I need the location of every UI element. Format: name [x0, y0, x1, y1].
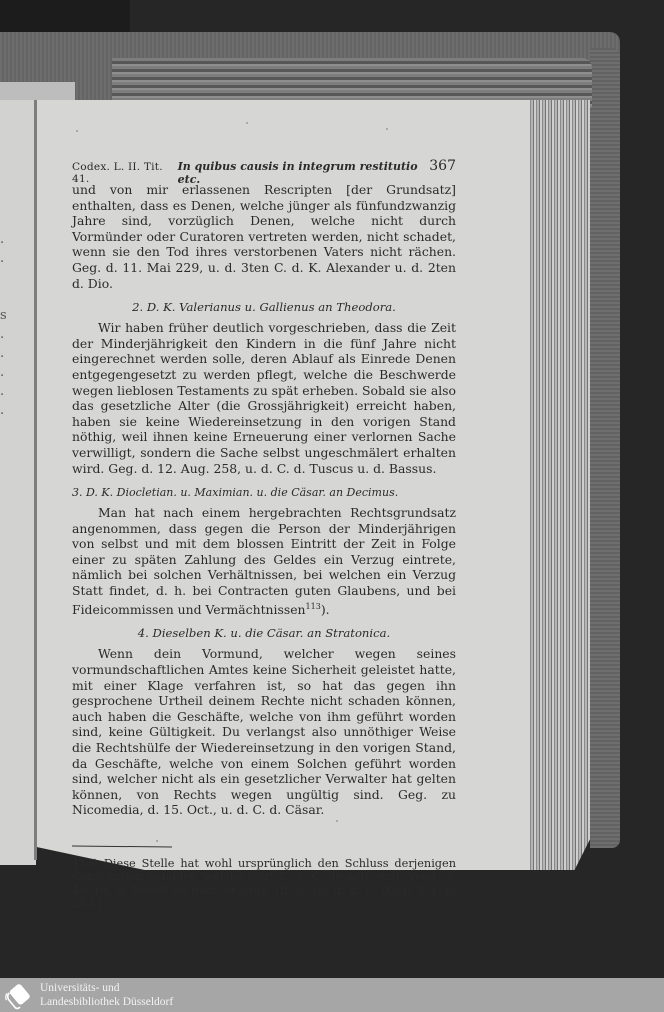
- running-header: Codex. L. II. Tit. 41. In quibus causis …: [72, 158, 456, 174]
- footnote-divider: [72, 845, 172, 847]
- paper-speck: [76, 130, 78, 132]
- book-cover-right-edge: [590, 48, 620, 848]
- paragraph-continued: und von mir erlassenen Rescripten [der G…: [72, 182, 456, 291]
- left-page: [0, 100, 36, 865]
- library-book-icon: [4, 980, 34, 1010]
- library-name-line1: Universitäts- und: [40, 981, 173, 995]
- fragment: s: [0, 306, 8, 325]
- footnote-number: 113): [72, 857, 98, 870]
- book-gutter: [34, 100, 37, 860]
- library-name-line2: Landesbibliothek Düsseldorf: [40, 995, 173, 1009]
- paragraph-section-4: Wenn dein Vormund, welcher wegen seines …: [72, 646, 456, 818]
- page-content: Codex. L. II. Tit. 41. In quibus causis …: [72, 158, 456, 910]
- paragraph-section-3: Man hat nach einem hergebrachten Rechtsg…: [72, 505, 456, 617]
- fragment: .: [0, 325, 8, 344]
- fragment: .: [0, 382, 8, 401]
- fragment: .: [0, 344, 8, 363]
- library-name: Universitäts- und Landesbibliothek Düsse…: [40, 981, 173, 1009]
- fragment: .: [0, 363, 8, 382]
- left-page-top-stub: [0, 82, 75, 100]
- footnote-reference[interactable]: 113: [306, 602, 321, 611]
- section-heading-2: 2. D. K. Valerianus u. Gallienus an Theo…: [72, 300, 456, 315]
- footnote-text: Diese Stelle hat wohl ursprünglich den S…: [72, 857, 456, 910]
- paper-speck: [386, 128, 388, 130]
- fragment: .: [0, 401, 8, 420]
- paragraph-end: ).: [321, 602, 330, 617]
- page-fore-edge: [528, 100, 590, 870]
- section-heading-4: 4. Dieselben K. u. die Cäsar. an Straton…: [72, 626, 456, 641]
- library-footer-bar: Universitäts- und Landesbibliothek Düsse…: [0, 978, 664, 1012]
- left-page-text-fragments: . . s . . . . .: [0, 230, 8, 420]
- paragraph-text: Man hat nach einem hergebrachten Rechtsg…: [72, 505, 456, 617]
- fragment: .: [0, 249, 8, 268]
- footnote-113: 113) Diese Stelle hat wohl ursprünglich …: [72, 857, 456, 910]
- page-number: 367: [429, 158, 456, 174]
- paper-speck: [246, 122, 248, 124]
- fragment: .: [0, 230, 8, 249]
- section-heading-3: 3. D. K. Diocletian. u. Maximian. u. die…: [72, 485, 456, 500]
- scanned-book-photo: . . s . . . . . Codex. L. II. Tit. 41. I…: [0, 0, 664, 978]
- paragraph-section-2: Wir haben früher deutlich vorgeschrieben…: [72, 320, 456, 476]
